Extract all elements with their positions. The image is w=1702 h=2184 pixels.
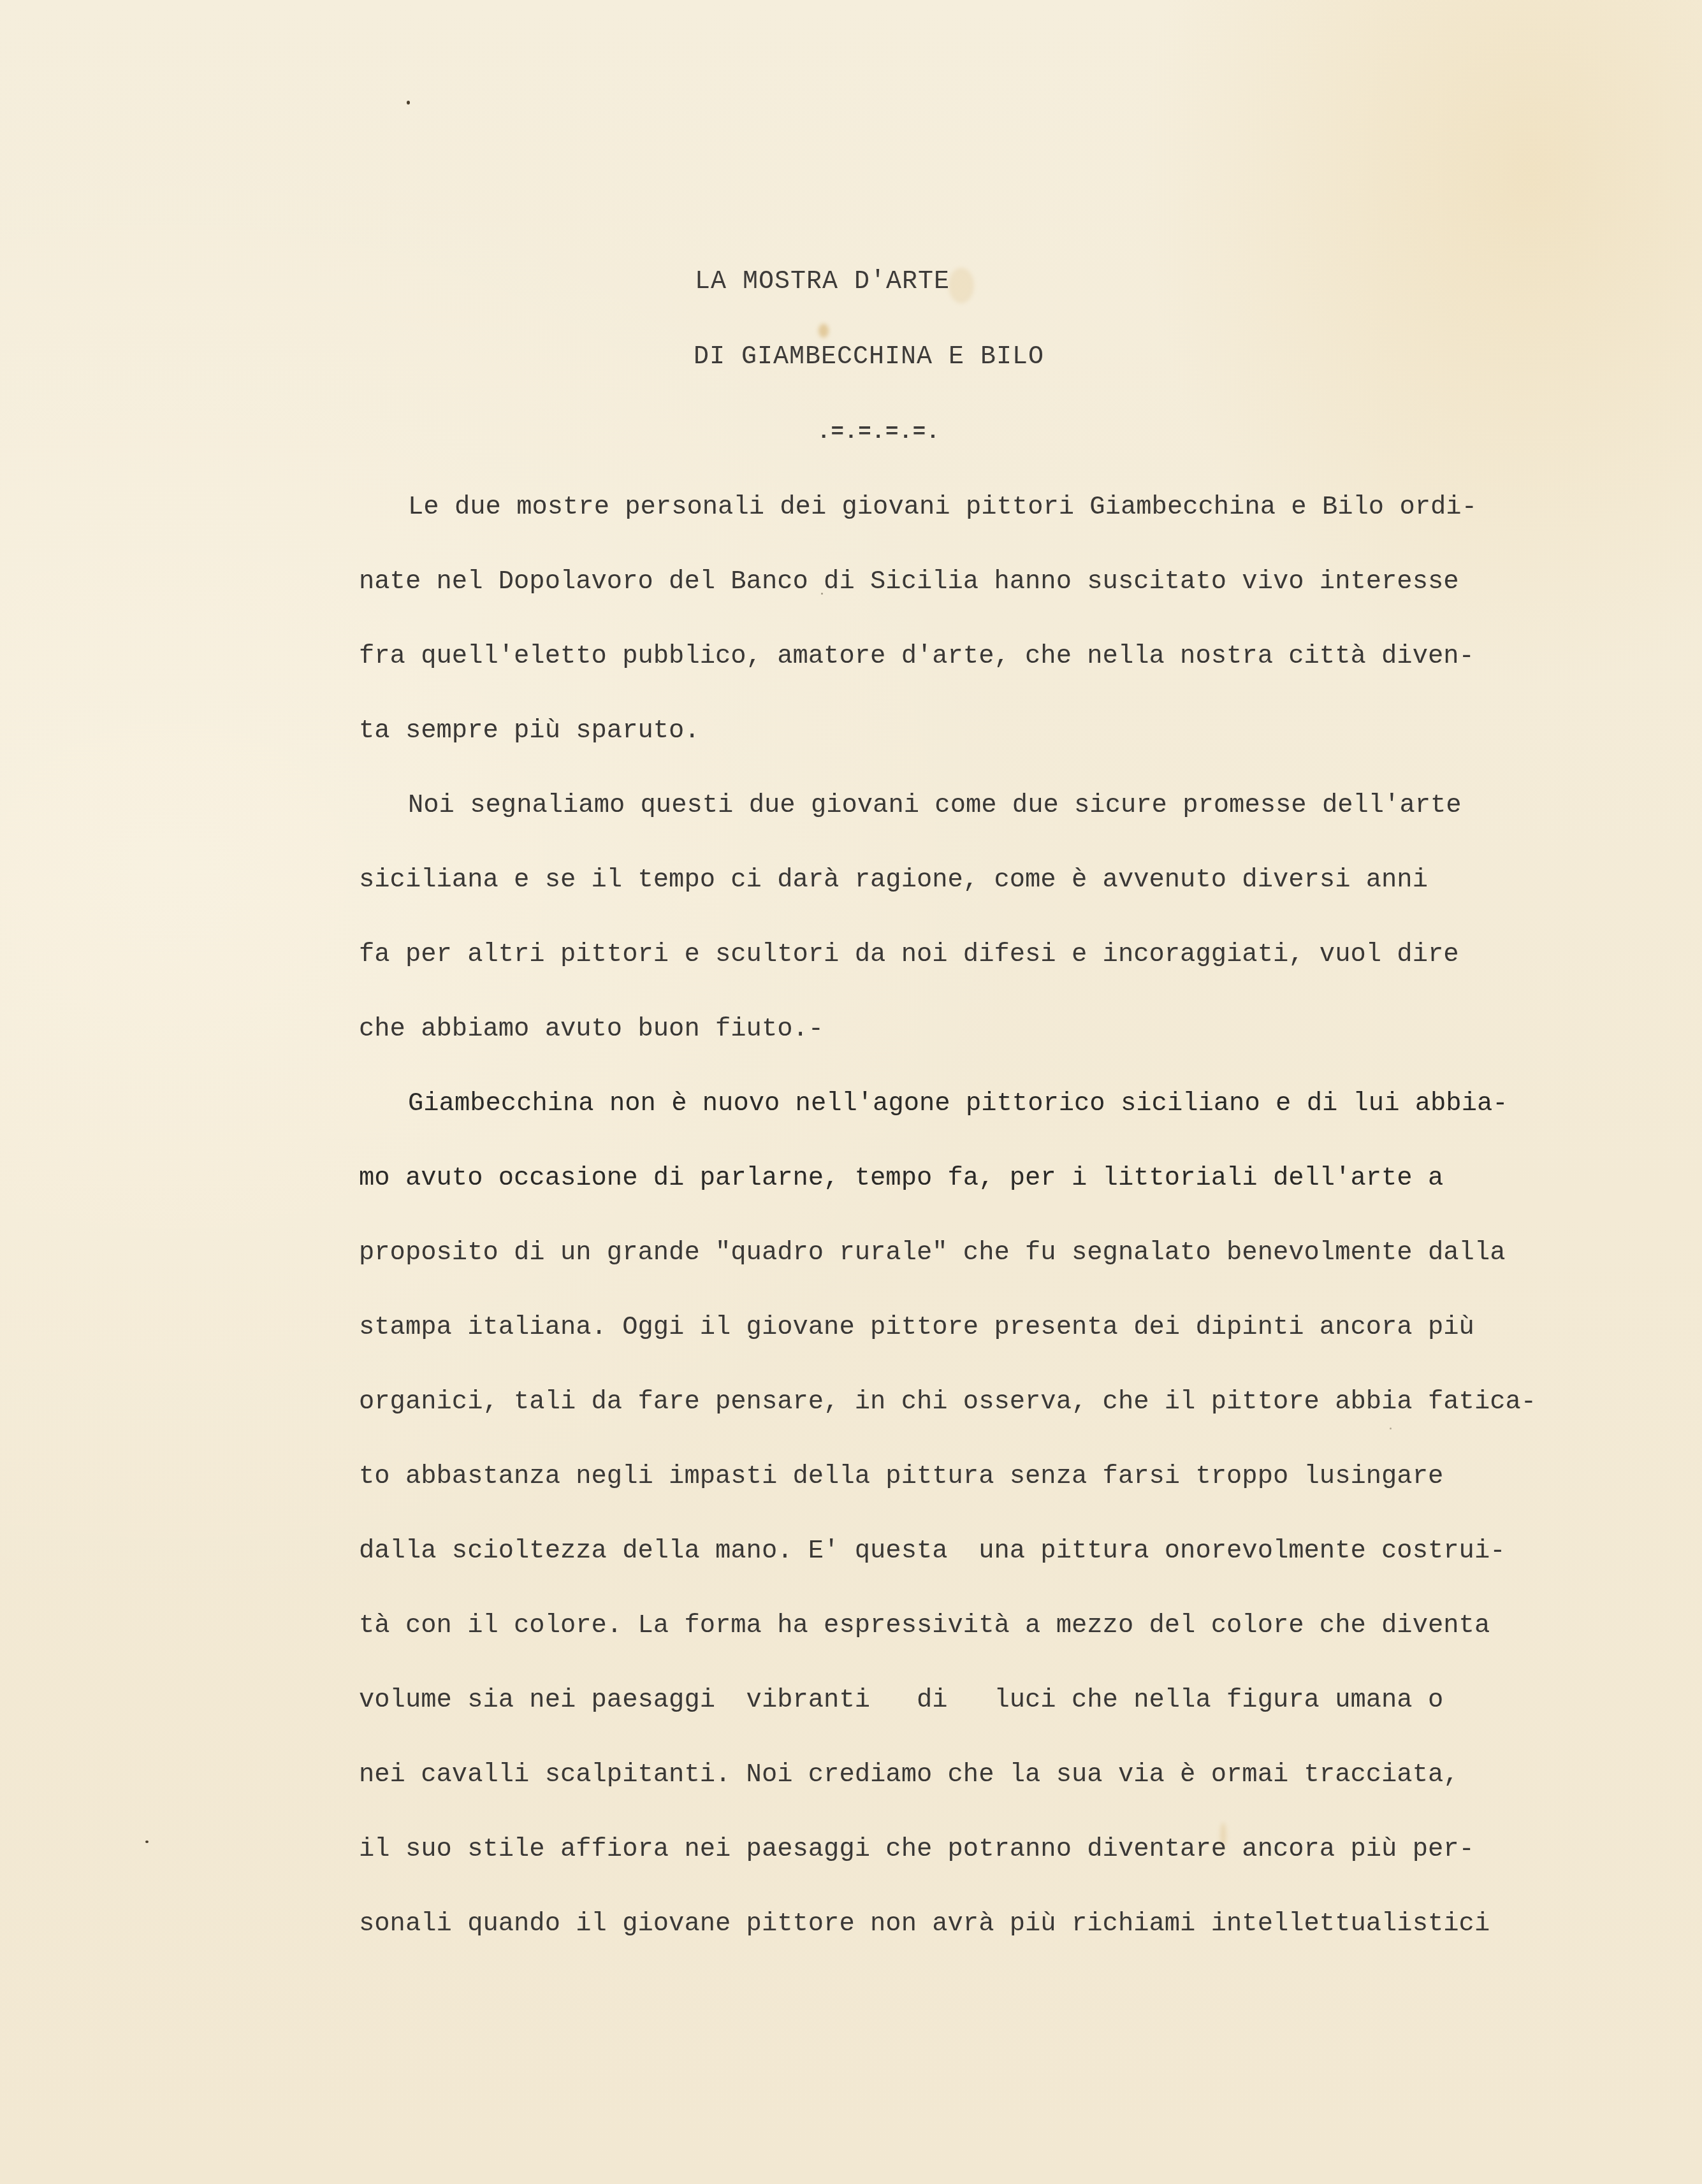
text-line: nei cavalli scalpitanti. Noi crediamo ch… bbox=[359, 1757, 1608, 1832]
text-line: il suo stile affiora nei paesaggi che po… bbox=[359, 1832, 1608, 1906]
text-line: sonali quando il giovane pittore non avr… bbox=[359, 1906, 1608, 1981]
text-line: to abbastanza negli impasti della pittur… bbox=[359, 1459, 1608, 1533]
text-line: Noi segnaliamo questi due giovani come d… bbox=[359, 788, 1608, 862]
text-line: nate nel Dopolavoro del Banco di Sicilia… bbox=[359, 564, 1608, 639]
title-separator: .=.=.=.=. bbox=[817, 421, 940, 445]
text-line: Le due mostre personali dei giovani pitt… bbox=[359, 489, 1608, 564]
text-line: dalla scioltezza della mano. E' questa u… bbox=[359, 1533, 1608, 1608]
text-line: che abbiamo avuto buon fiuto.- bbox=[359, 1011, 1608, 1086]
text-line: fra quell'eletto pubblico, amatore d'art… bbox=[359, 639, 1608, 713]
text-line: fa per altri pittori e scultori da noi d… bbox=[359, 937, 1608, 1011]
text-line: tà con il colore. La forma ha espressivi… bbox=[359, 1608, 1608, 1682]
text-line: siciliana e se il tempo ci darà ragione,… bbox=[359, 862, 1608, 937]
document-subtitle: DI GIAMBECCHINA E BILO bbox=[694, 343, 1702, 372]
document-title: LA MOSTRA D'ARTE bbox=[695, 268, 1702, 296]
text-line: volume sia nei paesaggi vibranti di luci… bbox=[359, 1682, 1608, 1757]
text-line: stampa italiana. Oggi il giovane pittore… bbox=[359, 1310, 1608, 1384]
text-line: proposito di un grande "quadro rurale" c… bbox=[359, 1235, 1608, 1310]
text-line: mo avuto occasione di parlarne, tempo fa… bbox=[359, 1161, 1608, 1235]
paper-speck bbox=[145, 1840, 149, 1843]
document-body: Le due mostre personali dei giovani pitt… bbox=[359, 489, 1608, 1981]
text-line: Giambecchina non è nuovo nell'agone pitt… bbox=[359, 1086, 1608, 1161]
paper-speck bbox=[407, 101, 410, 105]
paper-stain bbox=[818, 324, 829, 338]
text-line: organici, tali da fare pensare, in chi o… bbox=[359, 1384, 1608, 1459]
text-line: ta sempre più sparuto. bbox=[359, 713, 1608, 788]
